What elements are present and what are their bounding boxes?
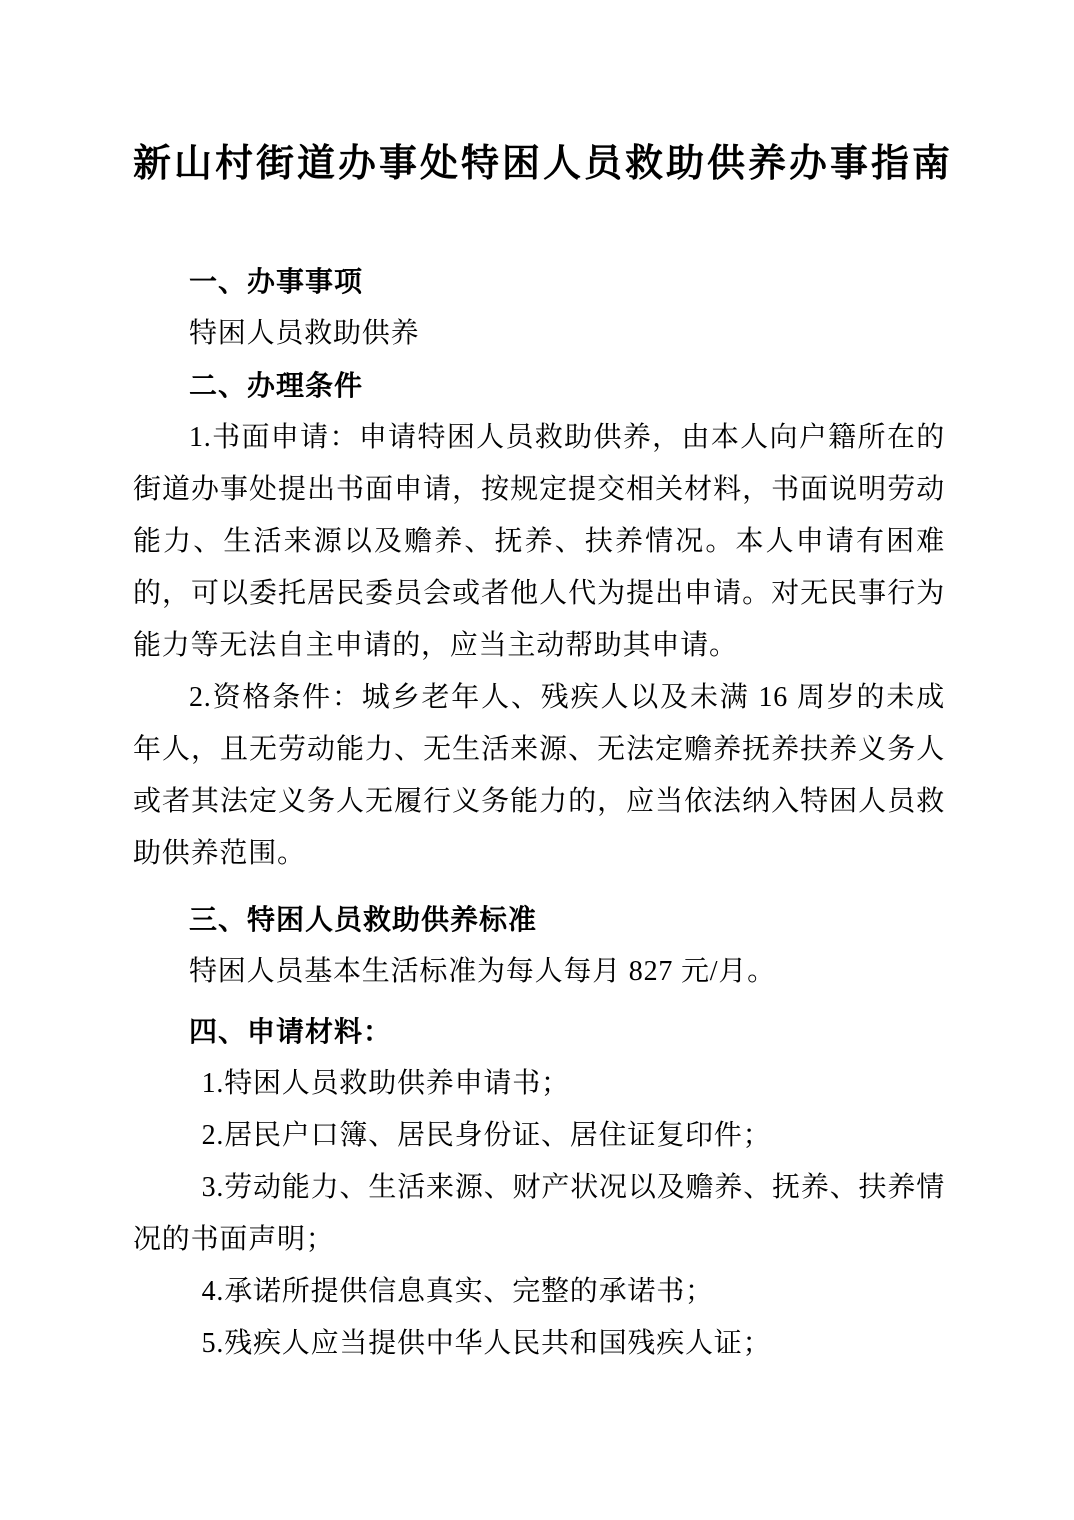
section-heading-3: 三、特困人员救助供养标准 [133, 894, 945, 946]
list-item: 3.劳动能力、生活来源、财产状况以及赡养、抚养、扶养情况的书面声明； [133, 1162, 945, 1266]
paragraph: 特困人员基本生活标准为每人每月 827 元/月。 [133, 946, 945, 998]
document-page: 新山村街道办事处特困人员救助供养办事指南 一、办事事项 特困人员救助供养 二、办… [0, 0, 1074, 1520]
paragraph: 特困人员救助供养 [133, 308, 945, 360]
paragraph: 2.资格条件：城乡老年人、残疾人以及未满 16 周岁的未成年人，且无劳动能力、无… [133, 672, 945, 880]
section-heading-1: 一、办事事项 [133, 256, 945, 308]
section-handling-conditions: 二、办理条件 1.书面申请：申请特困人员救助供养，由本人向户籍所在的街道办事处提… [133, 360, 945, 880]
section-application-materials: 四、申请材料： 1.特困人员救助供养申请书； 2.居民户口簿、居民身份证、居住证… [133, 1006, 945, 1370]
section-heading-4: 四、申请材料： [133, 1006, 945, 1058]
list-item: 4.承诺所提供信息真实、完整的承诺书； [133, 1266, 945, 1318]
paragraph: 1.书面申请：申请特困人员救助供养，由本人向户籍所在的街道办事处提出书面申请，按… [133, 412, 945, 672]
document-title: 新山村街道办事处特困人员救助供养办事指南 [133, 142, 945, 186]
list-item: 5.残疾人应当提供中华人民共和国残疾人证； [133, 1318, 945, 1370]
section-heading-2: 二、办理条件 [133, 360, 945, 412]
section-support-standard: 三、特困人员救助供养标准 特困人员基本生活标准为每人每月 827 元/月。 [133, 894, 945, 998]
list-item: 1.特困人员救助供养申请书； [133, 1058, 945, 1110]
list-item: 2.居民户口簿、居民身份证、居住证复印件； [133, 1110, 945, 1162]
section-handling-item: 一、办事事项 特困人员救助供养 [133, 256, 945, 360]
